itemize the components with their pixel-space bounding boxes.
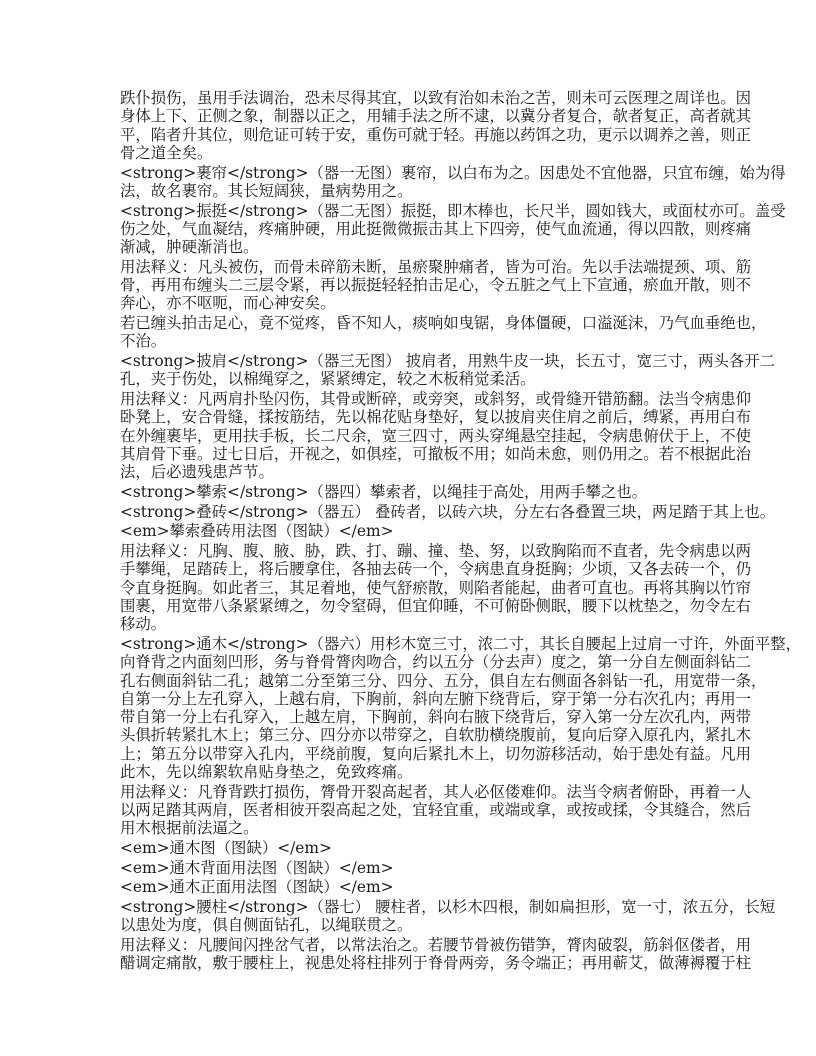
figure-caption-tongmu: <em>通木图（图缺）</em> <box>120 839 700 857</box>
usage-paragraph-head: 用法释义：凡头被伤，而骨未碎筋未断，虽瘀聚肿痛者，皆为可治。先以手法端提颈、项、… <box>120 258 700 313</box>
text-line: 骨之道全矣。 <box>120 144 700 162</box>
text-line: <strong>腰柱</strong>（器七） 腰柱者，以杉木四根，制如扁担形，… <box>120 898 700 916</box>
text-line: <strong>振挺</strong>（器二无图）振挺，即木棒也，长尺半，圆如钱… <box>120 202 700 220</box>
text-line: 其肩骨下垂。过七日后，开视之，如俱痊，可撤板不用；如尚未愈，则仍用之。若不根据此… <box>120 445 700 463</box>
text-line: 以患处为度，俱自侧面钻孔，以绳联贯之。 <box>120 916 700 934</box>
text-line: 孔，夹于伤处，以棉绳穿之，紧紧缚定，较之木板稍觉柔活。 <box>120 370 700 388</box>
text-line: 跌仆损伤，虽用手法调治，恐未尽得其宜，以致有治如未治之苦，则未可云医理之周详也。… <box>120 89 700 107</box>
document-page: 跌仆损伤，虽用手法调治，恐未尽得其宜，以致有治如未治之苦，则未可云医理之周详也。… <box>120 89 700 974</box>
usage-paragraph-shoulder: 用法释义：凡两肩扑坠闪伤，其骨或断碎，或旁突，或斜努，或骨缝开错筋翻。法当令病患… <box>120 390 700 481</box>
text-line: 用法释义：凡两肩扑坠闪伤，其骨或断碎，或旁突，或斜努，或骨缝开错筋翻。法当令病患… <box>120 390 700 408</box>
instrument-paragraph-tongmu: <strong>通木</strong>（器六）用杉木宽三寸，浓二寸，其长自腰起上… <box>120 635 700 781</box>
text-line: 卧凳上，安合骨缝，揉按筋结，先以棉花贴身垫好，复以披肩夹住肩之前后，缚紧，再用白… <box>120 408 700 426</box>
text-line: <em>攀索叠砖用法图（图缺）</em> <box>120 522 700 540</box>
text-line: 用法释义：凡腰间闪挫岔气者，以常法治之。若腰节骨被伤错笋，膂肉破裂，筋斜伛偻者，… <box>120 936 700 954</box>
text-line: 围裹，用宽带八条紧紧缚之，勿令窒碍，但宜仰睡，不可俯卧侧眠，腰下以枕垫之，勿令左… <box>120 597 700 615</box>
text-line: 头俱折转紧扎木上；第三分、四分亦以带穿之，自软肋横绕腹前，复向后穿入原孔内，紧扎… <box>120 726 700 744</box>
prognosis-paragraph: 若已缠头拍击足心，竟不觉疼，昏不知人，痰响如曳锯，身体僵硬，口溢涎沫，乃气血垂绝… <box>120 314 700 351</box>
text-line: 用法释义：凡脊背跌打损伤，膂骨开裂高起者，其人必伛偻难仰。法当令病者俯卧，再着一… <box>120 783 700 801</box>
instrument-paragraph-pijian: <strong>披肩</strong>（器三无图） 披肩者，用熟牛皮一块，长五寸… <box>120 352 700 389</box>
text-line: 以两足踏其两肩，医者相彼开裂高起之处，宜轻宜重，或端或拿，或按或揉，令其缝合，然… <box>120 801 700 819</box>
text-line: <em>通木正面用法图（图缺）</em> <box>120 878 700 896</box>
usage-paragraph-spine: 用法释义：凡脊背跌打损伤，膂骨开裂高起者，其人必伛偻难仰。法当令病者俯卧，再着一… <box>120 783 700 838</box>
text-line: 醋调定痛散，敷于腰柱上，视患处将柱排列于脊骨两旁，务令端正；再用蕲艾，做薄褥覆于… <box>120 954 700 972</box>
text-line: <strong>披肩</strong>（器三无图） 披肩者，用熟牛皮一块，长五寸… <box>120 352 700 370</box>
instrument-paragraph-zhenting: <strong>振挺</strong>（器二无图）振挺，即木棒也，长尺半，圆如钱… <box>120 202 700 257</box>
text-line: <em>通木背面用法图（图缺）</em> <box>120 859 700 877</box>
text-line: 法，后必遗残患芦节。 <box>120 463 700 481</box>
instrument-paragraph-guolian: <strong>裹帘</strong>（器一无图）裹帘，以白布为之。因患处不宜他… <box>120 164 700 201</box>
instrument-paragraph-pansuo: <strong>攀索</strong>（器四）攀索者，以绳挂于高处，用两手攀之也… <box>120 483 700 501</box>
text-line: <em>通木图（图缺）</em> <box>120 839 700 857</box>
text-line: 用法释义：凡胸、腹、腋、胁，跌、打、蹦、撞、垫、努，以致胸陷而不直者，先令病患以… <box>120 542 700 560</box>
figure-caption-pansuo-diezhuan: <em>攀索叠砖用法图（图缺）</em> <box>120 522 700 540</box>
instrument-paragraph-yaozhu: <strong>腰柱</strong>（器七） 腰柱者，以杉木四根，制如扁担形，… <box>120 898 700 935</box>
text-line: 用法释义：凡头被伤，而骨未碎筋未断，虽瘀聚肿痛者，皆为可治。先以手法端提颈、项、… <box>120 258 700 276</box>
text-line: 用木根据前法逼之。 <box>120 819 700 837</box>
text-line: 平，陷者升其位，则危证可转于安，重伤可就于轻。再施以药饵之功，更示以调养之善，则… <box>120 126 700 144</box>
text-line: 身体上下、正侧之象，制器以正之，用辅手法之所不逮，以冀分者复合，欹者复正，高者就… <box>120 107 700 125</box>
text-line: 令直身挺胸。如此者三，其足着地，使气舒瘀散，则陷者能起，曲者可直也。再将其胸以竹… <box>120 579 700 597</box>
text-line: 上；第五分以带穿入孔内，平绕前腹，复向后紧扎木上，切勿游移活动，始于患处有益。凡… <box>120 745 700 763</box>
text-line: 奔心，亦不呕呃，而心神安矣。 <box>120 294 700 312</box>
text-line: 伤之处，气血凝结，疼痛肿硬，用此挺微微振击其上下四旁，使气血流通，得以四散，则疼… <box>120 220 700 238</box>
text-line: 此木，先以绵絮软帛贴身垫之，免致疼痛。 <box>120 763 700 781</box>
text-line: 不治。 <box>120 332 700 350</box>
text-line: 带自第一分上右孔穿入，上越左肩，下胸前，斜向右腋下绕背后，穿入第一分左次孔内，两… <box>120 708 700 726</box>
text-line: <strong>叠砖</strong>（器五） 叠砖者，以砖六块，分左右各叠置三… <box>120 503 700 521</box>
figure-caption-tongmu-back: <em>通木背面用法图（图缺）</em> <box>120 859 700 877</box>
text-line: 孔右侧面斜钻二孔；越第二分至第三分、四分、五分，俱自左右侧面各斜钻一孔，用宽带一… <box>120 672 700 690</box>
text-line: 若已缠头拍击足心，竟不觉疼，昏不知人，痰响如曳锯，身体僵硬，口溢涎沫，乃气血垂绝… <box>120 314 700 332</box>
figure-caption-tongmu-front: <em>通木正面用法图（图缺）</em> <box>120 878 700 896</box>
text-line: 法，故名裹帘。其长短阔狭，量病势用之。 <box>120 182 700 200</box>
text-line: <strong>通木</strong>（器六）用杉木宽三寸，浓二寸，其长自腰起上… <box>120 635 700 653</box>
text-line: 渐减，肿硬渐消也。 <box>120 238 700 256</box>
text-line: 移动。 <box>120 615 700 633</box>
usage-paragraph-waist: 用法释义：凡腰间闪挫岔气者，以常法治之。若腰节骨被伤错笋，膂肉破裂，筋斜伛偻者，… <box>120 936 700 973</box>
text-line: 在外缠裹毕，更用扶手板，长二尺余，宽三四寸，两头穿绳悬空挂起，令病患俯伏于上，不… <box>120 427 700 445</box>
text-line: 自第一分上左孔穿入，上越右肩，下胸前，斜向左腑下绕背后，穿于第一分右次孔内；再用… <box>120 690 700 708</box>
text-line: 骨，再用布缠头二三层令紧，再以振挺轻轻拍击足心，令五脏之气上下宣通，瘀血开散，则… <box>120 276 700 294</box>
text-line: <strong>裹帘</strong>（器一无图）裹帘，以白布为之。因患处不宜他… <box>120 164 700 182</box>
intro-paragraph: 跌仆损伤，虽用手法调治，恐未尽得其宜，以致有治如未治之苦，则未可云医理之周详也。… <box>120 89 700 162</box>
instrument-paragraph-diezhuan: <strong>叠砖</strong>（器五） 叠砖者，以砖六块，分左右各叠置三… <box>120 503 700 521</box>
text-line: 向脊背之内面刻凹形，务与脊骨膂肉吻合，约以五分（分去声）度之，第一分自左侧面斜钻… <box>120 653 700 671</box>
usage-paragraph-chest: 用法释义：凡胸、腹、腋、胁，跌、打、蹦、撞、垫、努，以致胸陷而不直者，先令病患以… <box>120 542 700 633</box>
text-line: 手攀绳，足踏砖上，将后腰拿住，各抽去砖一个，令病患直身挺胸；少顷，又各去砖一个，… <box>120 560 700 578</box>
text-line: <strong>攀索</strong>（器四）攀索者，以绳挂于高处，用两手攀之也… <box>120 483 700 501</box>
